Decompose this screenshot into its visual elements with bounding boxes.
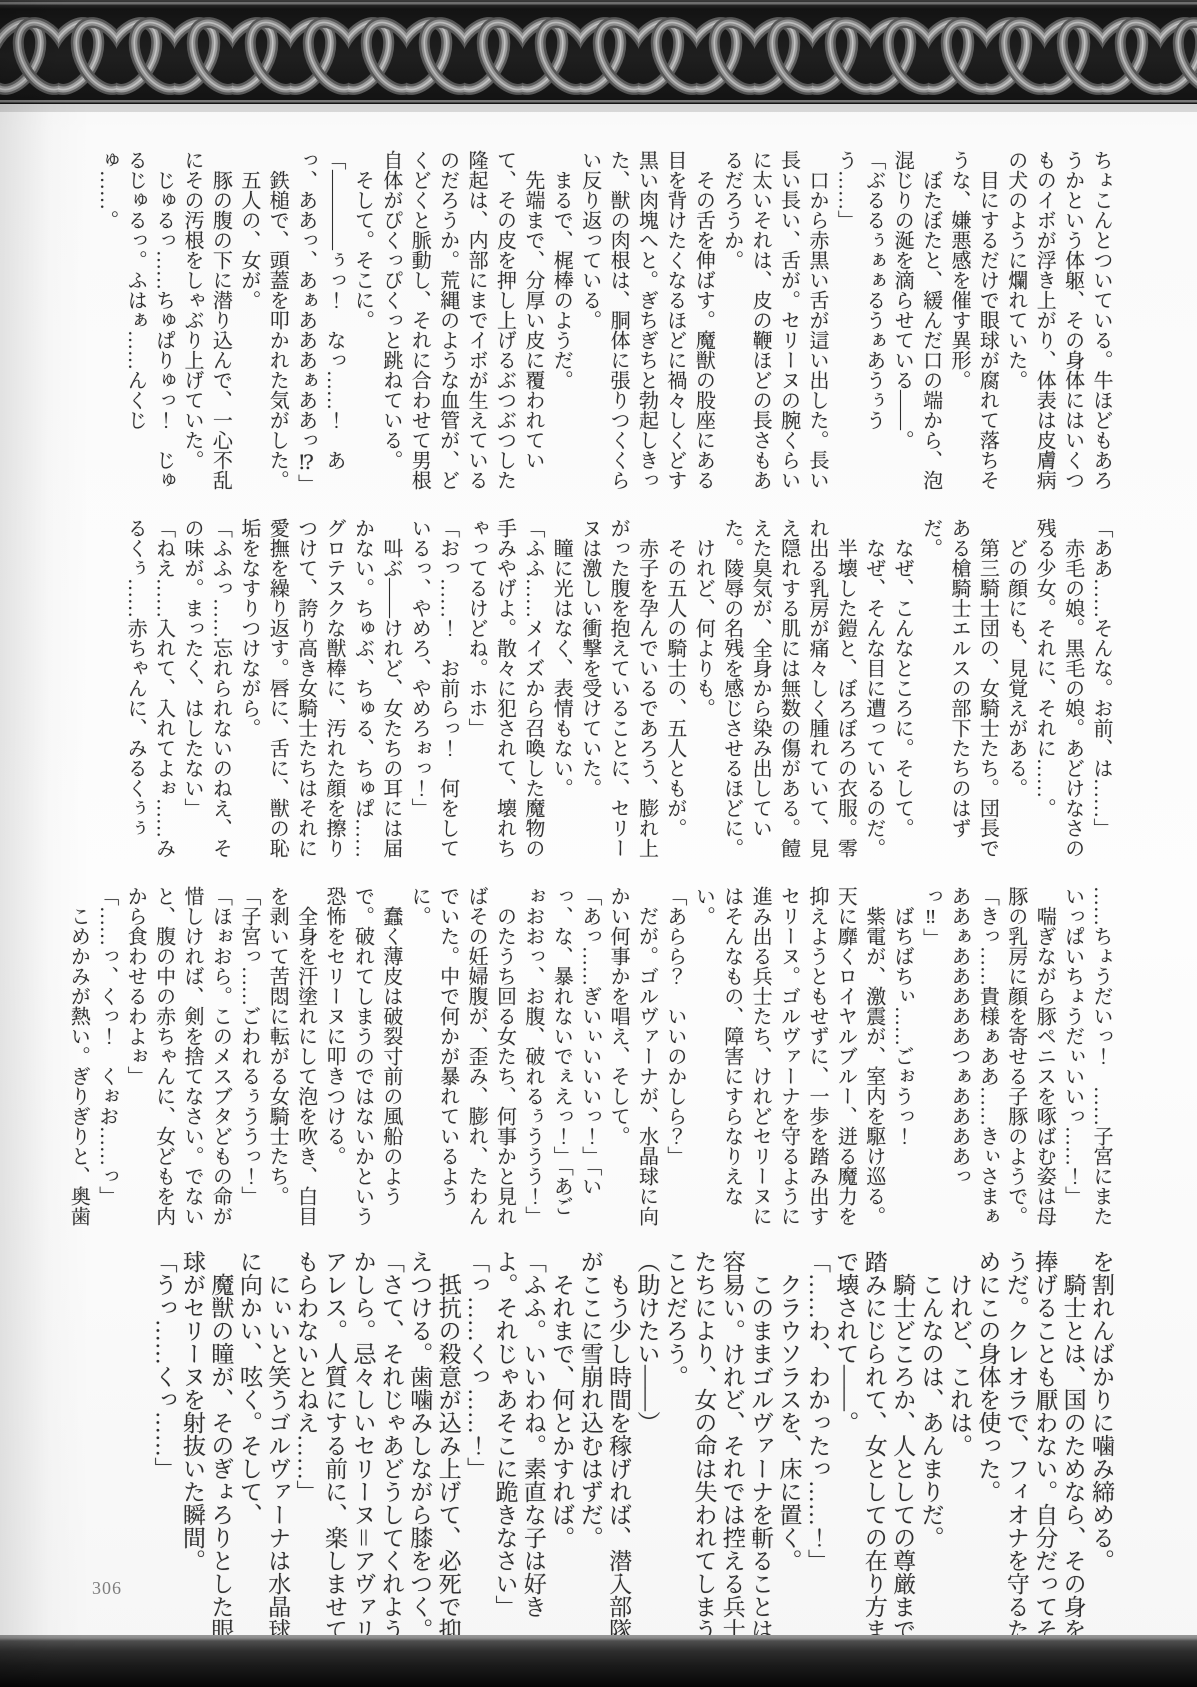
paragraph: 「さて、それじゃあどうしてくれようかしら。忌々しいセリーヌ＝アヴァリアレス。人質…	[291, 1250, 405, 1644]
paragraph: 鉄槌で、頭蓋を叩かれた気がした。	[263, 150, 291, 494]
paragraph: 五人の、女が。	[234, 150, 262, 494]
paragraph: を割れんばかりに噛み締める。	[1087, 1250, 1115, 1644]
paragraph: 「ふふ……メイズから召喚した魔物の手みやげよ。散々に犯されて、壊れちゃってるけど…	[462, 518, 547, 862]
paragraph: けれど、何よりも。	[689, 518, 717, 862]
page-number: 306	[92, 1578, 122, 1599]
paragraph: 抵抗の殺意が込み上げて、必死で抑えつける。歯噛みしながら膝をつく。	[405, 1250, 462, 1644]
paragraph: こんなのは、あんまりだ。	[916, 1250, 944, 1644]
paragraph: 「子宮っ……ごわれるぅううっ！」	[234, 886, 262, 1234]
paragraph: 騎士どころか、人としての尊厳まで踏みにじられて、女としての在り方まで壊されて――…	[831, 1250, 916, 1644]
paragraph: 魔獣の瞳が、そのぎょろりとした眼球がセリーヌを射抜いた瞬間。	[178, 1250, 235, 1644]
paragraph: こめかみが熱い。ぎりぎりと、奥歯	[64, 886, 92, 1234]
paragraph: 「おっ……！ お前らっ！ 何をしているっ、やめろ、やめろぉっ！」	[405, 518, 462, 862]
text-band-2: 「ああ……そんな。お前、は……」 赤毛の娘。黒毛の娘。あどけなさの残る少女。それ…	[123, 518, 1115, 862]
paragraph: 「ぶるるぅぁぁるうぁあうぅうう……」	[831, 150, 888, 494]
paragraph: 第三騎士団の、女騎士たち。団長である槍騎士エルスの部下たちのはずだ。	[916, 518, 1001, 862]
paragraph: にぃいと笑うゴルヴァーナは水晶球に向かい、呟く。そして、	[234, 1250, 291, 1644]
paragraph: そして。そこに。	[348, 150, 376, 494]
paragraph: 半壊した鎧と、ぼろぼろの衣服。零れ出る乳房が痛々しく腫れていて、見え隠れする肌に…	[717, 518, 859, 862]
paragraph: ……ちょうだいっ！ ……子宮にまたいっぱいちょうだぃいいっ……！」	[1058, 886, 1115, 1234]
book-page: ちょこんとついている。牛ほどもあろうかという体躯、その身体にはいくつものイボが浮…	[0, 0, 1197, 1687]
text-band-3: ……ちょうだいっ！ ……子宮にまたいっぱいちょうだぃいいっ……！」 喘ぎながら豚…	[123, 886, 1115, 1234]
knot-border-graphic	[0, 0, 1197, 112]
paragraph: クラウソラスを、床に置く。	[774, 1250, 802, 1644]
paragraph: 「ねえ……入れて、入れてよぉ……みるくぅ……赤ちゃんに、みるくぅぅ	[121, 518, 178, 862]
paragraph: 「ああ……そんな。お前、は……」	[1087, 518, 1115, 862]
paragraph: どの顔にも、見覚えがある。	[1001, 518, 1029, 862]
paragraph: 「ふふっ……忘れられないのねえ、その味が。まったく、はしたない」	[178, 518, 235, 862]
paragraph: 赤子を孕んでいるであろう、膨れ上がった腹を抱えていることに、セリーヌは激しい衝撃…	[575, 518, 660, 862]
header-ornament	[0, 0, 1197, 112]
paragraph: 全身を汗塗れにして泡を吹き、白目を剥いて苦悶に転がる女騎士たち。	[263, 886, 320, 1234]
paragraph: 目にするだけで眼球が腐れて落ちそうな、嫌悪感を催す異形。	[945, 150, 1002, 494]
paragraph: 先端まで、分厚い皮に覆われていて、その皮を押し上げるぶつぶつした隆起は、内部にま…	[376, 150, 546, 494]
paragraph: だが。ゴルヴァーナが、水晶球に向かい何事かを唱え、そして。	[604, 886, 661, 1234]
paragraph: 叫ぶ――けれど、女たちの耳には届かない。ちゅぶ、ちゅる、ちゅぱ……グロテスクな獣…	[234, 518, 404, 862]
paragraph: 豚の腹の下に潜り込んで、一心不乱にその汚根をしゃぶり上げていた。	[178, 150, 235, 494]
paragraph: 瞳に光はなく、表情もない。	[547, 518, 575, 862]
paragraph: 騎士とは、国のためなら、その身を捧げることも厭わない。自分だってそうだ。クレオラ…	[973, 1250, 1087, 1644]
paragraph: まるで、梶棒のようだ。	[547, 150, 575, 494]
paragraph: 「ほぉおら。このメスブタどもの命が惜しければ、剣を捨てなさい。でないと、腹の中の…	[121, 886, 235, 1234]
paragraph: その五人の騎士の、五人ともが。	[661, 518, 689, 862]
paragraph: その舌を伸ばす。魔獣の股座にある目を背けたくなるほどに禍々しくどす黒い肉塊へと。…	[575, 150, 717, 494]
paragraph: 「あらら？ いいのかしら？」	[661, 886, 689, 1234]
paragraph: 「ふふ。いいわね。素直な子は好きよ。それじゃあそこに跪きなさい」	[490, 1250, 547, 1644]
paragraph: ばちばちぃ……ごぉうっ！	[888, 886, 916, 1234]
paragraph: それまで、何とかすれば。	[547, 1250, 575, 1644]
paragraph: ぼたぼたと、緩んだ口の端から、泡混じりの涎を滴らせている――。	[888, 150, 945, 494]
paragraph: ちょこんとついている。牛ほどもあろうかという体躯、その身体にはいくつものイボが浮…	[1001, 150, 1115, 494]
paragraph: 「――――ぅっ！ なっ……！ あっ、ああっ、あぁあああぁああっ⁉」	[291, 150, 348, 494]
paragraph: 「……わ、わかったっ……！」	[803, 1250, 831, 1644]
paragraph: 喘ぎながら豚ペニスを啄ばむ姿は母豚の乳房に顔を寄せる子豚のようで。	[1001, 886, 1058, 1234]
paragraph: 紫電が、激震が、室内を駆け巡る。天に靡くロイヤルブルー、迸る魔力を抑えようともせ…	[689, 886, 888, 1234]
paragraph: のたうち回る女たち、何事かと見ればその妊婦腹が、歪み、膨れ、たわんでいた。中で何…	[405, 886, 519, 1234]
text-band-1: ちょこんとついている。牛ほどもあろうかという体躯、その身体にはいくつものイボが浮…	[123, 150, 1115, 494]
paragraph: なぜ、こんなところに。そして。	[888, 518, 916, 862]
paragraph: 「っ……くっ……！」	[462, 1250, 490, 1644]
paragraph: 「きっ……貴様ぁああ……きぃさまぁああぁあああああつぁああああっっ‼」	[916, 886, 1001, 1234]
paragraph: 蠢く薄皮は破裂寸前の風船のようで。破れてしまうのではないかという恐怖をセリーヌに…	[320, 886, 405, 1234]
paragraph: 「あっ……ぎいぃいいいっ！」「いっ、な、暴れないでぇえっ！」「あごぉおおっ、お腹…	[518, 886, 603, 1234]
paragraph: 「……っ、くっ！ くぉお……っ」	[92, 886, 120, 1234]
paragraph: けれど、これは。	[945, 1250, 973, 1644]
paragraph: （助けたい――）	[632, 1250, 660, 1644]
paragraph: 口から赤黒い舌が這い出した。長い長い長い、舌が。セリーヌの腕くらいに太いそれは、…	[717, 150, 831, 494]
gutter-shadow	[0, 0, 90, 1687]
paragraph: じゅるっ……ちゅぱりゅっ！ じゅるじゅるっ。ふはぁ……んくじゅ……。	[92, 150, 177, 494]
paragraph: 赤毛の娘。黒毛の娘。あどけなさの残る少女。それに、それに……。	[1030, 518, 1087, 862]
footer-edge	[0, 1635, 1197, 1687]
paragraph: もう少し時間を稼げれば、潜入部隊がここに雪崩れ込むはずだ。	[575, 1250, 632, 1644]
paragraph: 「うっ……くっ……」	[149, 1250, 177, 1644]
text-band-4: を割れんばかりに噛み締める。 騎士とは、国のためなら、その身を捧げることも厭わな…	[123, 1250, 1115, 1644]
paragraph: このままゴルヴァーナを斬ることは容易い。けれど、それでは控える兵士たちにより、女…	[661, 1250, 775, 1644]
paragraph: なぜ、そんな目に遭っているのだ。	[859, 518, 887, 862]
